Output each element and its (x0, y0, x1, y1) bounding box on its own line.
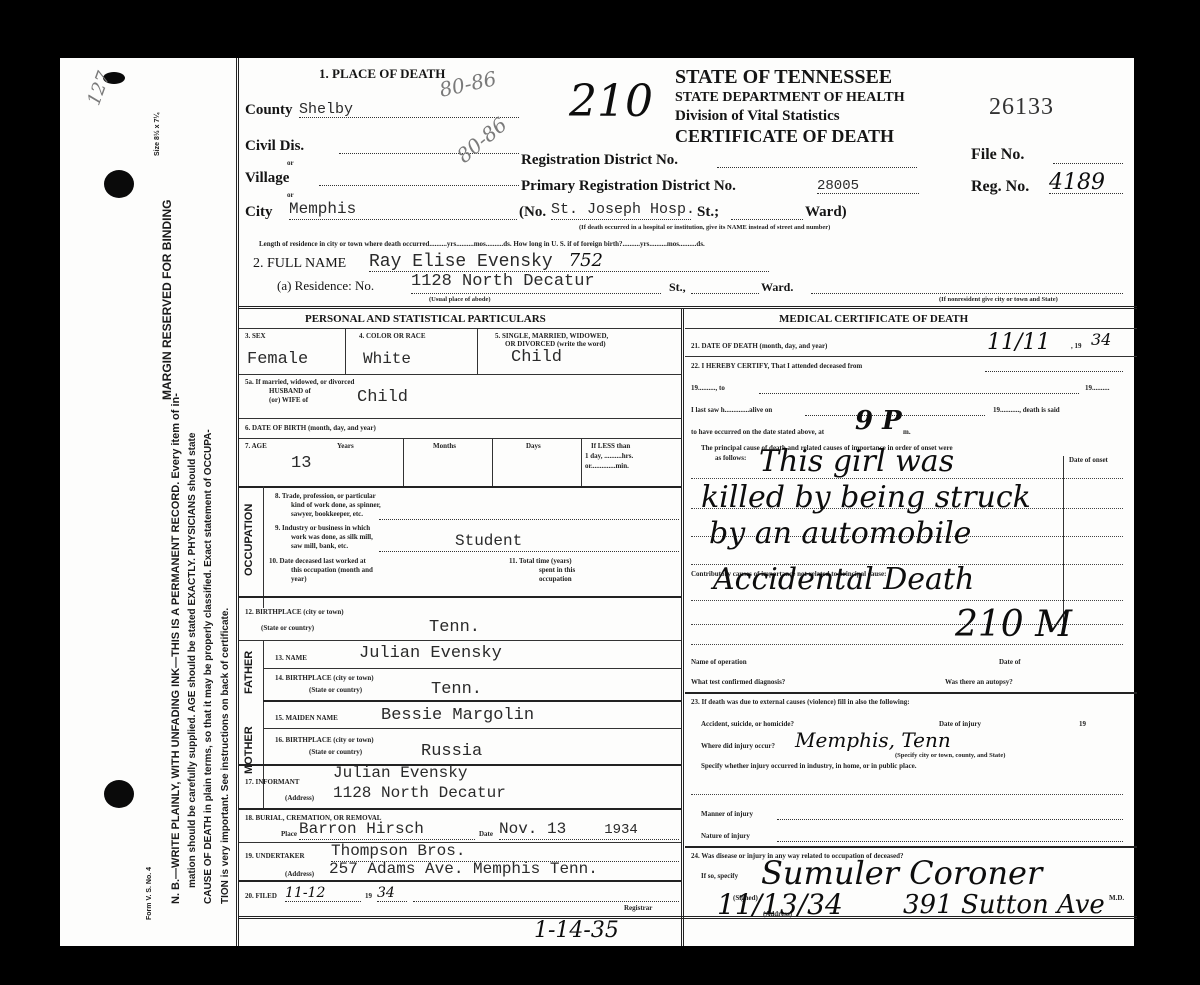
residence-ward-label: Ward. (761, 280, 793, 295)
burial-date-label: Date (479, 830, 493, 838)
ward-field (731, 206, 803, 220)
race-label: 4. COLOR OR RACE (359, 332, 426, 340)
punch-hole-bottom (104, 780, 134, 808)
handwritten-code: 210 (569, 76, 653, 127)
where-note: (Specify city or town, county, and State… (895, 752, 1005, 759)
county-field: Shelby (299, 100, 519, 118)
informant-address-label: (Address) (285, 794, 314, 802)
burial-place-value: Barron Hirsch (299, 820, 424, 838)
divider (685, 328, 1137, 329)
external-causes-label: 23. If death was due to external causes … (691, 698, 910, 706)
full-name-label: 2. FULL NAME (253, 256, 346, 272)
certificate-title: CERTIFICATE OF DEATH (675, 126, 894, 147)
father-birthplace-label-1: 14. BIRTHPLACE (city or town) (275, 674, 374, 682)
instructions-line-3: CAUSE OF DEATH in plain terms, so that i… (203, 429, 214, 904)
mother-birthplace-label-2: (State or country) (309, 748, 362, 756)
primary-registration-label: Primary Registration District No. (521, 178, 736, 195)
as-follows-label: as follows: (715, 454, 746, 462)
accident-label: Accident, suicide, or homicide? (701, 720, 794, 728)
mother-name-value: Bessie Margolin (381, 706, 534, 725)
nature-field (777, 834, 1123, 842)
medical-section-title: MEDICAL CERTIFICATE OF DEATH (779, 313, 968, 325)
burial-date-value: Nov. 13 (499, 820, 566, 838)
divider (239, 306, 1137, 309)
spouse-label-2: HUSBAND of (269, 387, 311, 395)
spouse-label-1: 5a. If married, widowed, or divorced (245, 378, 354, 386)
county-label: County (245, 102, 293, 119)
cause-line-3: by an automobile (709, 516, 971, 551)
less-than-3: or..............min. (585, 462, 629, 470)
street-label: St.; (697, 204, 719, 221)
operation-label: Name of operation (691, 658, 747, 666)
divider (685, 356, 1137, 357)
full-name-field: Ray Elise Evensky 752 (369, 250, 769, 272)
filed-value: 11-12 (285, 885, 325, 901)
divider (239, 596, 681, 598)
village-field (319, 172, 519, 186)
contributory-value: Accidental Death (713, 562, 974, 597)
spouse-label-3: (or) WIFE of (269, 396, 308, 404)
undertaker-label: 19. UNDERTAKER (245, 852, 305, 860)
attended-from-field (985, 364, 1123, 372)
occurred-at-label: to have occurred on the date stated abov… (691, 428, 824, 436)
divider (581, 438, 582, 486)
industry-label-2: work was done, as silk mill, (291, 533, 373, 541)
date-of-onset-label: Date of onset (1069, 456, 1108, 464)
instructions-line-1: N. B.—WRITE PLAINLY, WITH UNFADING INK—T… (170, 393, 182, 904)
residence-value: 1128 North Decatur (411, 272, 595, 291)
state-title: STATE OF TENNESSEE (675, 66, 892, 89)
undertaker-field: Thompson Bros. (331, 842, 679, 862)
m-label: m. (903, 428, 911, 436)
trade-label-1: 8. Trade, profession, or particular (275, 492, 376, 500)
informant-address-value: 1128 North Decatur (333, 784, 506, 802)
divider (263, 668, 681, 669)
undertaker-value: Thompson Bros. (331, 842, 465, 860)
mother-side-label: MOTHER (243, 726, 255, 774)
race-value: White (363, 350, 411, 368)
divider (239, 328, 681, 329)
divider (239, 486, 681, 488)
date-of-death-value: 11/11 (987, 330, 1050, 355)
md-label: M.D. (1109, 894, 1124, 902)
age-days-label: Days (526, 442, 541, 450)
divider (239, 418, 681, 419)
mother-name-label: 15. MAIDEN NAME (275, 714, 338, 722)
marital-value: Child (511, 348, 562, 367)
manner-field (777, 812, 1123, 820)
undertaker-address-value: 257 Adams Ave. Memphis Tenn. (329, 860, 598, 878)
residence-ward-field (691, 284, 759, 294)
divider (345, 328, 346, 374)
institution-value: St. Joseph Hosp. (551, 201, 695, 218)
department-title: STATE DEPARTMENT OF HEALTH (675, 90, 905, 106)
trade-field (379, 512, 679, 520)
operation-date-label: Date of (999, 658, 1021, 666)
registration-district-field (717, 154, 917, 168)
date-of-death-year: 34 (1091, 330, 1111, 349)
sex-value: Female (247, 350, 308, 369)
coroner-address: 391 Sutton Ave (903, 890, 1105, 920)
father-birthplace-value: Tenn. (431, 680, 482, 699)
attended-year-label: 19.......... (1085, 384, 1110, 392)
divider (477, 328, 478, 374)
less-than-2: 1 day, ..........hrs. (585, 452, 633, 460)
mother-birthplace-label-1: 16. BIRTHPLACE (city or town) (275, 736, 374, 744)
cause-line-1: This girl was (759, 444, 954, 479)
filing-date-stamp: 1-14-35 (534, 918, 619, 943)
code-mark: 210 M (955, 604, 1072, 645)
specify-label: Specify whether injury occurred in indus… (701, 762, 916, 770)
injury-year-label: 19 (1079, 720, 1086, 728)
trade-label-2: kind of work done, as spinner, (291, 501, 381, 509)
divider (492, 438, 493, 486)
total-time-2: spent in this (539, 566, 575, 574)
certify-label: 22. I HEREBY CERTIFY, That I attended de… (691, 362, 862, 370)
binding-label: MARGIN RESERVED FOR BINDING (160, 200, 174, 400)
manner-label: Manner of injury (701, 810, 753, 818)
less-than-1: If LESS than (591, 442, 630, 450)
last-worked-1: 10. Date deceased last worked at (269, 557, 366, 565)
burial-place-field: Barron Hirsch (299, 820, 475, 840)
marital-label-2: OR DIVORCED (write the word) (505, 340, 606, 348)
last-worked-3: year) (291, 575, 307, 583)
date-of-death-year-label: , 19 (1071, 342, 1082, 350)
informant-value: Julian Evensky (333, 764, 467, 782)
total-time-3: occupation (539, 575, 572, 583)
binding-margin: 127 MARGIN RESERVED FOR BINDING Form V. … (60, 58, 236, 946)
city-label: City (245, 204, 273, 221)
registrar-label: Registrar (624, 904, 652, 912)
injury-date-label: Date of injury (939, 720, 981, 728)
mother-birthplace-value: Russia (421, 742, 482, 761)
where-value: Memphis, Tenn (795, 728, 951, 752)
date-signed: 11/13/34 (717, 888, 843, 921)
spouse-value: Child (357, 388, 408, 407)
burial-date-field: Nov. 13 1934 (499, 820, 679, 840)
age-years-label: Years (337, 442, 354, 450)
nonresident-field (811, 284, 1123, 294)
last-worked-2: this occupation (month and (291, 566, 373, 574)
file-no-label: File No. (971, 146, 1024, 164)
father-side-label: FATHER (243, 651, 255, 694)
certificate-number: 26133 (989, 94, 1054, 121)
ward-label: Ward) (805, 204, 847, 221)
civil-district-label: Civil Dis. (245, 138, 304, 155)
instructions-line-4: TION is very important. See instructions… (220, 608, 231, 904)
divider (263, 486, 264, 608)
pencil-code-1: 80-86 (437, 66, 498, 101)
divider (685, 692, 1137, 694)
age-label: 7. AGE (245, 442, 267, 450)
death-said-label: 19..........., death is said (993, 406, 1060, 414)
filed-year-label: 19 (365, 892, 372, 900)
institution-no-label: (No. (519, 204, 546, 221)
if-so-label: If so, specify (701, 872, 738, 880)
size-label: Size 8½ x 7¼ (154, 113, 161, 156)
residence-label: (a) Residence: No. (277, 278, 374, 294)
industry-field: Student (379, 532, 679, 552)
divider (239, 640, 681, 641)
divider (403, 438, 404, 486)
residence-field: 1128 North Decatur (411, 272, 661, 294)
reg-no-field: 4189 (1049, 170, 1123, 194)
residence-length: Length of residence in city or town wher… (259, 240, 705, 248)
punch-hole-top (104, 170, 134, 198)
divider (239, 880, 681, 882)
full-name-value: Ray Elise Evensky (369, 252, 553, 272)
industry-label-3: saw mill, bank, etc. (291, 542, 348, 550)
divider (239, 438, 681, 439)
cause-line (691, 600, 1123, 601)
coroner-signature: Sumuler Coroner (761, 854, 1042, 892)
divider (239, 808, 681, 810)
cause-line-2: killed by being struck (701, 480, 1031, 515)
residence-street-label: St., (669, 280, 686, 295)
attended-to-label: 19.........., to (691, 384, 725, 392)
marital-label-1: 5. SINGLE, MARRIED, WIDOWED, (495, 332, 608, 340)
burial-year-value: 1934 (604, 822, 638, 838)
autopsy-label: Was there an autopsy? (945, 678, 1013, 686)
birthplace-label-2: (State or country) (261, 624, 314, 632)
institution-field: St. Joseph Hosp. (551, 200, 691, 220)
filed-year-value: 34 (377, 885, 395, 901)
informant-label: 17. INFORMANT (245, 778, 299, 786)
age-months-label: Months (433, 442, 456, 450)
reg-no-label: Reg. No. (971, 178, 1029, 196)
industry-value: Student (455, 532, 522, 550)
dotted-line (691, 794, 1123, 795)
trade-label-3: sawyer, bookkeeper, etc. (291, 510, 363, 518)
total-time-1: 11. Total time (years) (509, 557, 572, 565)
filed-field: 11-12 (285, 884, 361, 902)
last-saw-label: I last saw h..............alive on (691, 406, 772, 414)
form-number: Form V. S. No. 4 (146, 867, 153, 920)
dob-label: 6. DATE OF BIRTH (month, day, and year) (245, 424, 376, 432)
industry-label-1: 9. Industry or business in which (275, 524, 370, 532)
undertaker-address-label: (Address) (285, 870, 314, 878)
registrar-signature-field (413, 894, 679, 902)
attended-to-field (759, 386, 1079, 394)
father-name-value: Julian Evensky (359, 644, 502, 663)
city-value: Memphis (289, 200, 356, 218)
divider (239, 374, 681, 375)
filed-label: 20. FILED (245, 892, 277, 900)
abode-note: (Usual place of abode) (429, 296, 491, 303)
divider (685, 846, 1137, 848)
father-birthplace-label-2: (State or country) (309, 686, 362, 694)
nature-label: Nature of injury (701, 832, 750, 840)
father-name-label: 13. NAME (275, 654, 307, 662)
where-label: Where did injury occur? (701, 742, 775, 750)
pencil-note: 127 (83, 69, 114, 108)
filed-year-field: 34 (377, 884, 407, 902)
or-label-2: or (287, 191, 294, 199)
divider (263, 700, 681, 702)
county-value: Shelby (299, 101, 353, 118)
division-title: Division of Vital Statistics (675, 108, 840, 125)
file-no-field (1053, 150, 1123, 164)
occupation-side-label: OCCUPATION (243, 504, 255, 576)
city-field: Memphis (289, 200, 517, 220)
birthplace-value: Tenn. (429, 618, 480, 637)
name-annotation: 752 (569, 250, 603, 271)
place-of-death-heading: 1. PLACE OF DEATH (319, 66, 445, 82)
nonresident-note: (If nonresident give city or town and St… (939, 296, 1058, 303)
sex-label: 3. SEX (245, 332, 266, 340)
birthplace-label-1: 12. BIRTHPLACE (city or town) (245, 608, 344, 616)
registration-district-label: Registration District No. (521, 152, 678, 169)
test-label: What test confirmed diagnosis? (691, 678, 785, 686)
burial-place-label: Place (281, 830, 297, 838)
death-certificate: 127 MARGIN RESERVED FOR BINDING Form V. … (60, 58, 1134, 946)
date-of-death-label: 21. DATE OF DEATH (month, day, and year) (691, 342, 827, 350)
personal-section-title: PERSONAL AND STATISTICAL PARTICULARS (305, 313, 546, 325)
or-label: or (287, 159, 294, 167)
institution-note: (If death occurred in a hospital or inst… (579, 224, 830, 231)
primary-registration-value: 28005 (817, 178, 859, 194)
time-of-death: 9 P (855, 406, 902, 436)
instructions-line-2: mation should be carefully supplied. AGE… (187, 433, 198, 888)
primary-registration-field: 28005 (817, 176, 919, 194)
column-divider (681, 308, 684, 946)
village-label: Village (245, 170, 289, 187)
form-body: 1. PLACE OF DEATH County Shelby Civil Di… (236, 58, 1134, 946)
divider (263, 728, 681, 729)
age-years-value: 13 (291, 454, 311, 473)
reg-no-value: 4189 (1049, 170, 1105, 195)
